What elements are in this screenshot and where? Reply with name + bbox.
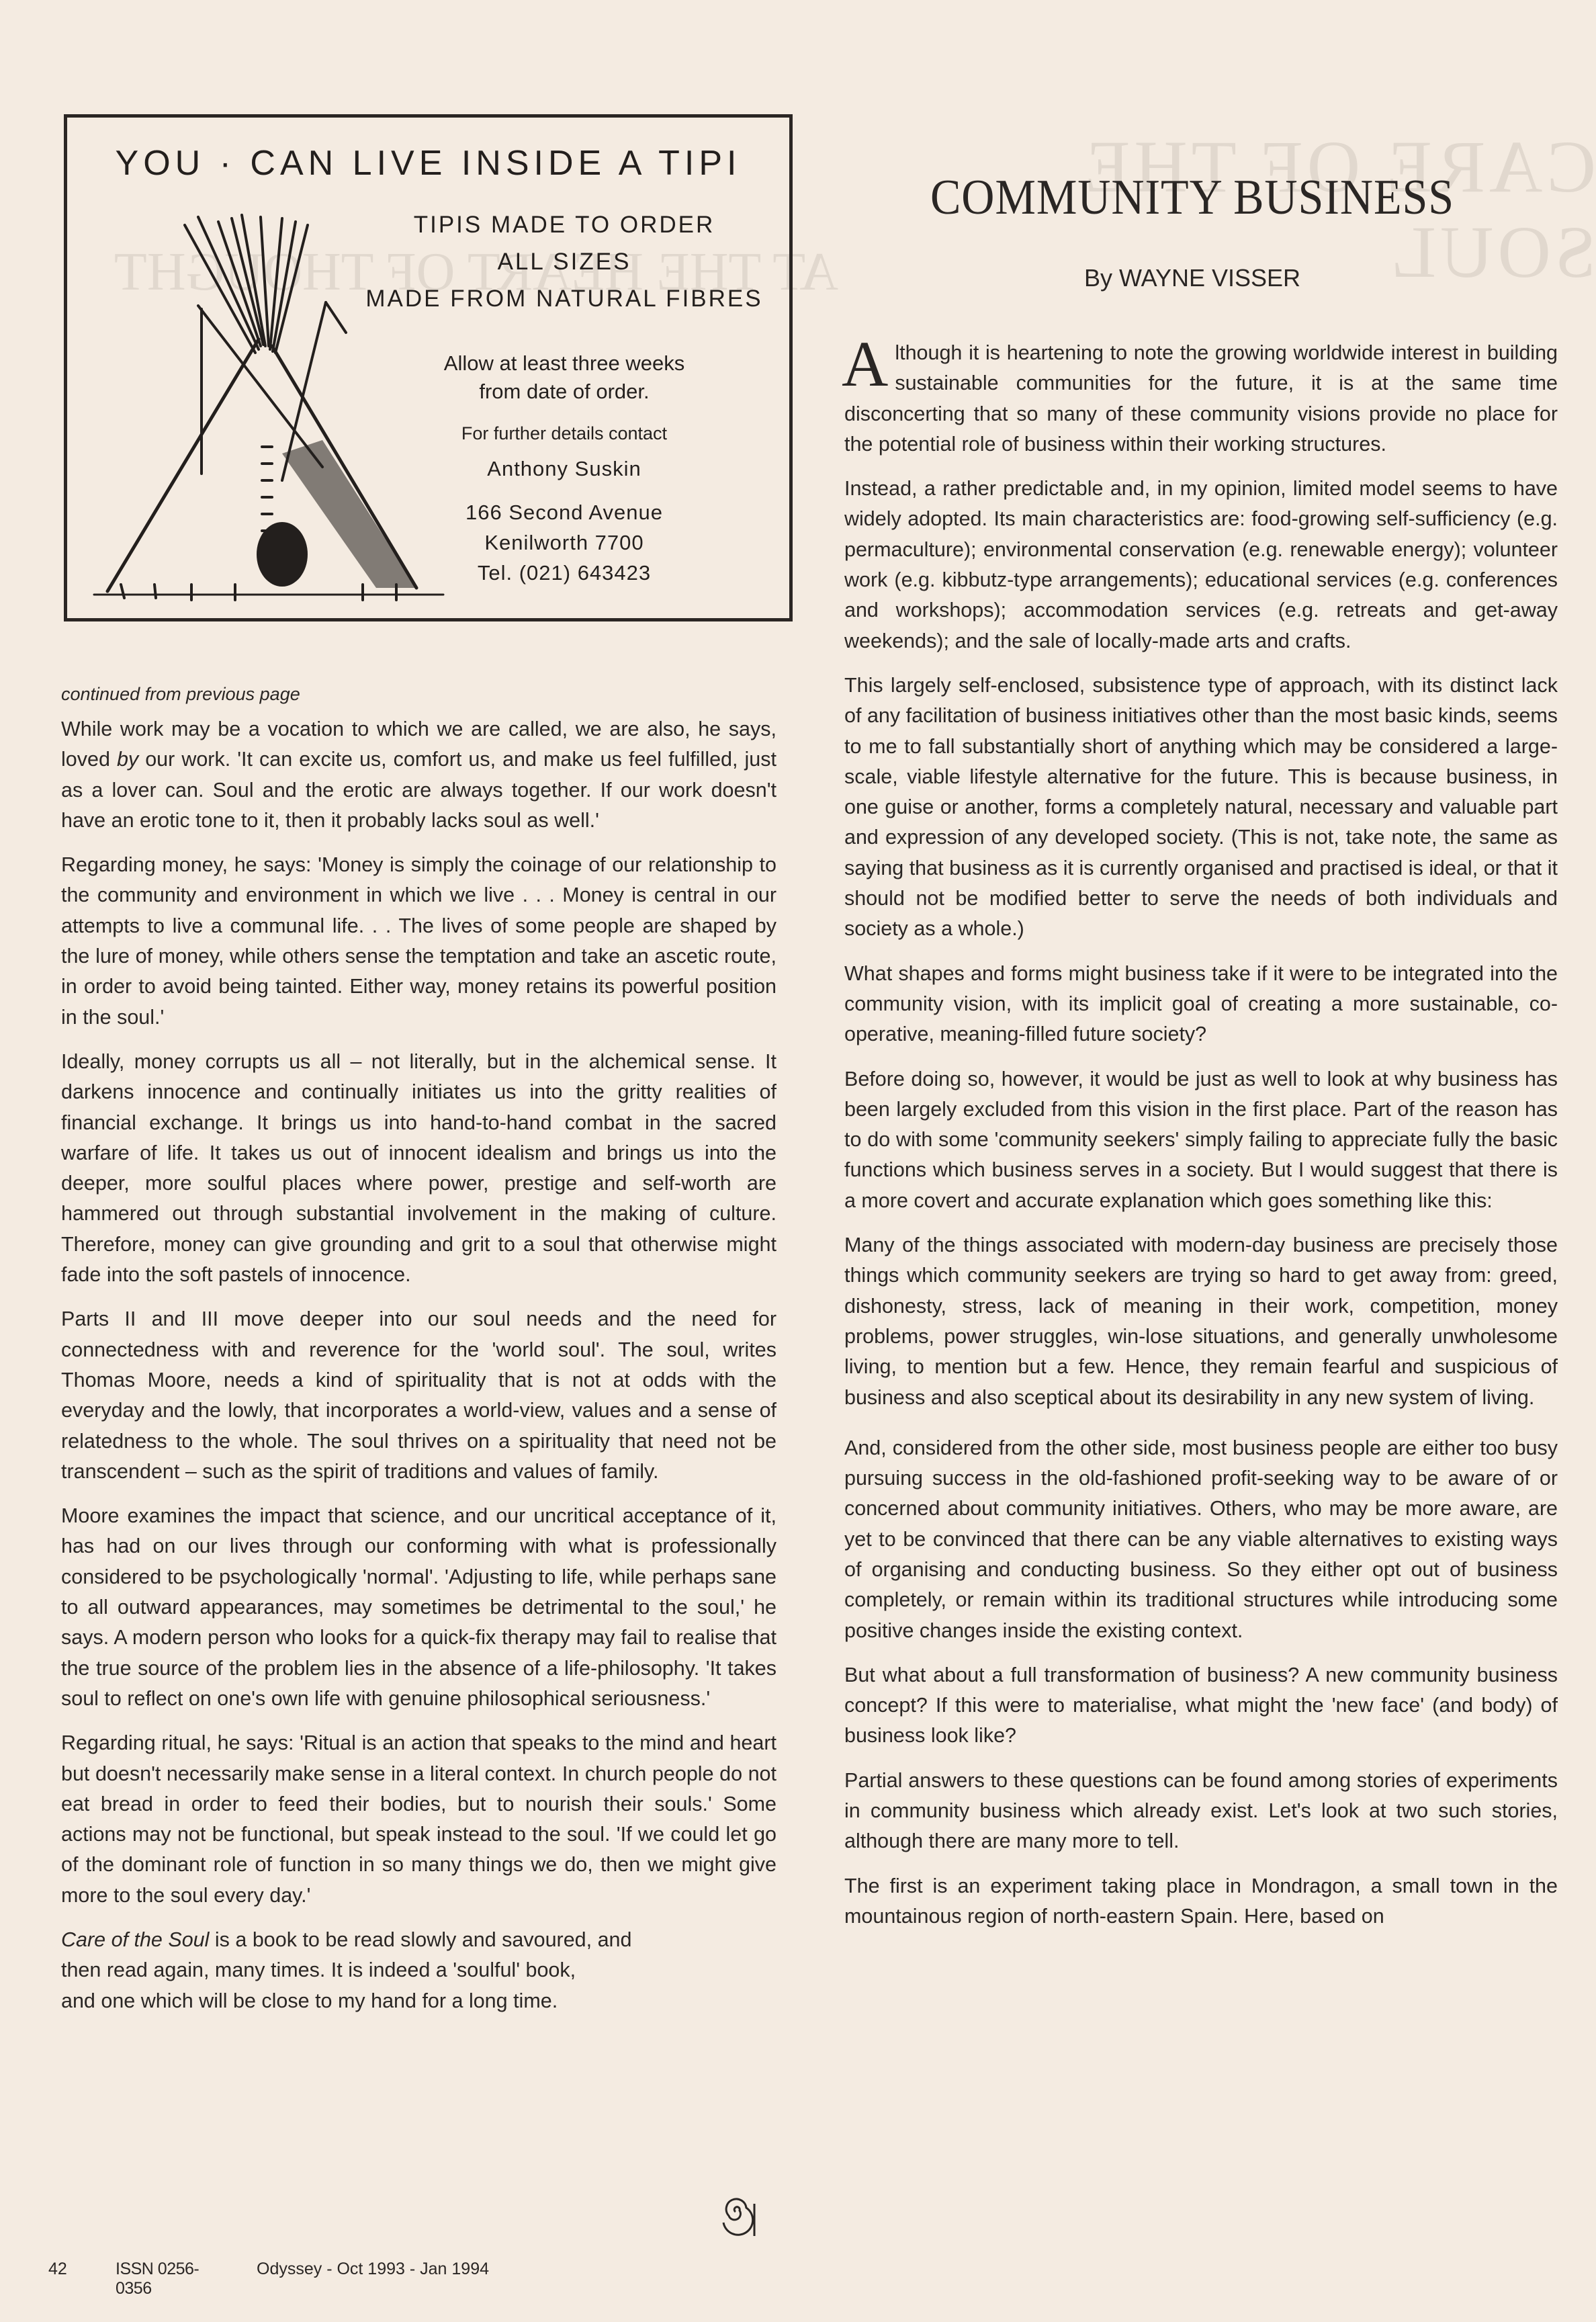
- ad-line-contact-intro: For further details contact: [349, 423, 779, 444]
- magazine-page: CARE OF THE SOUL AT THE HEART OF THOUGHT…: [0, 0, 1596, 2322]
- review-paragraph: Regarding ritual, he says: 'Ritual is an…: [61, 1728, 777, 1911]
- publication-issue: Odyssey - Oct 1993 - Jan 1994: [257, 2260, 489, 2298]
- page-footer: 42 ISSN 0256-0356 Odyssey - Oct 1993 - J…: [48, 2260, 489, 2298]
- continued-note: continued from previous page: [61, 682, 777, 706]
- ad-contact-name: Anthony Suskin: [349, 457, 779, 481]
- drop-cap: A: [842, 338, 888, 392]
- ad-line-natural-fibres: MADE FROM NATURAL FIBRES: [349, 286, 779, 312]
- ad-phone: Tel. (021) 643423: [349, 558, 779, 588]
- review-closing: Care of the Soul is a book to be read sl…: [61, 1925, 777, 2016]
- article-paragraph: Instead, a rather predictable and, in my…: [844, 474, 1558, 656]
- tipi-advertisement: YOU · CAN LIVE INSIDE A TIPI: [64, 114, 793, 621]
- ad-line-made-to-order: TIPIS MADE TO ORDER: [349, 212, 779, 239]
- issn: ISSN 0256-0356: [116, 2260, 223, 2298]
- ad-line-all-sizes: ALL SIZES: [349, 249, 779, 275]
- article-byline: By WAYNE VISSER: [809, 264, 1575, 292]
- page-number: 42: [48, 2260, 116, 2298]
- review-paragraph: Regarding money, he says: 'Money is simp…: [61, 850, 777, 1033]
- article-paragraph: The first is an experiment taking place …: [844, 1871, 1558, 1932]
- article-body: Although it is heartening to note the gr…: [844, 338, 1558, 1946]
- article-paragraph-intro: Although it is heartening to note the gr…: [844, 338, 1558, 460]
- review-paragraph: Moore examines the impact that science, …: [61, 1501, 777, 1714]
- article-paragraph: What shapes and forms might business tak…: [844, 959, 1558, 1050]
- ad-line-lead-time: Allow at least three weeks from date of …: [349, 349, 779, 406]
- review-paragraph: While work may be a vocation to which we…: [61, 714, 777, 836]
- review-paragraph: Ideally, money corrupts us all – not lit…: [61, 1047, 777, 1290]
- article-paragraph: And, considered from the other side, mos…: [844, 1433, 1558, 1646]
- review-paragraph: Parts II and III move deeper into our so…: [61, 1304, 777, 1487]
- article-paragraph: Partial answers to these questions can b…: [844, 1766, 1558, 1857]
- ad-address-street: 166 Second Avenue: [349, 497, 779, 527]
- article-paragraph: This largely self-enclosed, subsistence …: [844, 671, 1558, 945]
- article-paragraph: But what about a full transformation of …: [844, 1660, 1558, 1752]
- ad-address: 166 Second Avenue Kenilworth 7700 Tel. (…: [349, 497, 779, 588]
- review-continuation-column: continued from previous page While work …: [61, 682, 777, 2030]
- ad-title: YOU · CAN LIVE INSIDE A TIPI: [67, 143, 789, 183]
- ad-address-city: Kenilworth 7700: [349, 527, 779, 558]
- article-title: COMMUNITY BUSINESS: [840, 169, 1545, 226]
- article-paragraph: Many of the things associated with moder…: [844, 1230, 1558, 1413]
- article-paragraph: Before doing so, however, it would be ju…: [844, 1064, 1558, 1216]
- spiral-end-mark-icon: [709, 2184, 762, 2237]
